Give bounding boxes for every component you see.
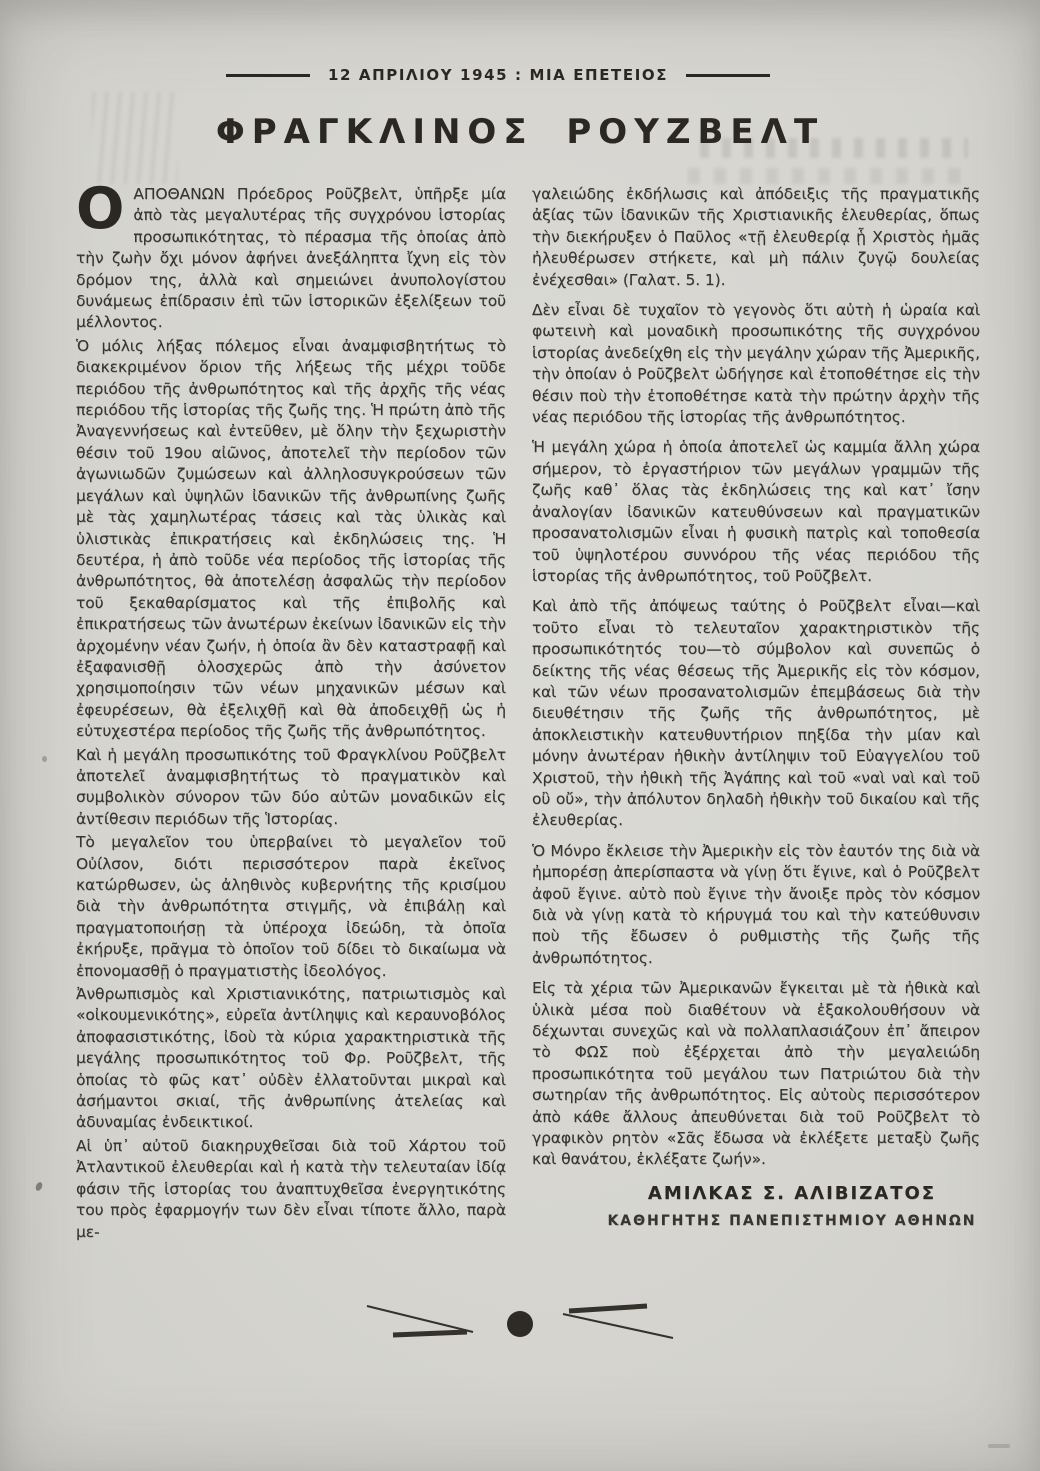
end-ornament xyxy=(0,1298,1040,1348)
dateline-rule-left xyxy=(226,74,310,77)
dateline-rule-right xyxy=(686,74,770,77)
dateline: 12 ΑΠΡΙΛΙΟΥ 1945 : ΜΙΑ ΕΠΕΤΕΙΟΣ xyxy=(226,66,770,84)
right-column-paragraphs: γαλειώδης ἐκδήλωσις καὶ ἀπόδειξις τῆς πρ… xyxy=(532,184,980,1171)
flourish-left-icon xyxy=(367,1306,473,1335)
signature-block: ΑΜΙΛΚΑΣ Σ. ΑΛΙΒΙΖΑΤΟΣ ΚΑΘΗΓΗΤΗΣ ΠΑΝΕΠΙΣΤ… xyxy=(532,1183,980,1233)
drop-cap: Ο xyxy=(76,184,133,231)
paragraph: Ὁ μόλις λήξας πόλεμος εἶναι ἀναμφισβητήτ… xyxy=(76,336,506,743)
paragraph: Ἀνθρωπισμὸς καὶ Χριστιανικότης, πατριωτι… xyxy=(76,984,506,1134)
scanned-newspaper-page: 12 ΑΠΡΙΛΙΟΥ 1945 : ΜΙΑ ΕΠΕΤΕΙΟΣ ΦΡΑΓΚΛΙΝ… xyxy=(0,0,1040,1471)
right-column: γαλειώδης ἐκδήλωσις καὶ ἀπόδειξις τῆς πρ… xyxy=(532,184,980,1245)
paragraph: Ὁ Μόνρο ἔκλεισε τὴν Ἀμερικὴν εἰς τὸν ἑαυ… xyxy=(532,841,980,969)
paragraph: Δὲν εἶναι δὲ τυχαῖον τὸ γεγονὸς ὅτι αὐτὴ… xyxy=(532,300,980,428)
paragraph: Εἰς τὰ χέρια τῶν Ἀμερικανῶν ἔγκειται μὲ … xyxy=(532,978,980,1171)
scan-speck xyxy=(34,1181,43,1192)
author-name: ΑΜΙΛΚΑΣ Σ. ΑΛΙΒΙΖΑΤΟΣ xyxy=(604,1183,980,1204)
paragraph: Αἱ ὑπ᾽ αὐτοῦ διακηρυχθεῖσαι διὰ τοῦ Χάρτ… xyxy=(76,1136,506,1243)
end-ornament-graphic xyxy=(355,1298,685,1348)
article-title: ΦΡΑΓΚΛΙΝΟΣ ΡΟΥΖΒΕΛΤ xyxy=(0,112,1040,152)
scan-speck xyxy=(988,1444,1010,1448)
scan-artifact xyxy=(688,168,974,184)
left-column: ΟΑΠΟΘΑΝΩΝ Πρόεδρος Ροῦζβελτ, ὑπῆρξε μία … xyxy=(76,184,506,1245)
scan-speck xyxy=(42,756,47,762)
paragraph: Ἡ μεγάλη χώρα ἡ ὁποία ἀποτελεῖ ὡς καμμία… xyxy=(532,437,980,587)
paragraph: Καὶ ἡ μεγάλη προσωπικότης τοῦ Φραγκλίνου… xyxy=(76,745,506,831)
paragraph: ΟΑΠΟΘΑΝΩΝ Πρόεδρος Ροῦζβελτ, ὑπῆρξε μία … xyxy=(76,184,506,334)
flourish-right-icon xyxy=(563,1306,673,1338)
paragraph: Τὸ μεγαλεῖον του ὑπερβαίνει τὸ μεγαλεῖον… xyxy=(76,832,506,982)
paragraph: γαλειώδης ἐκδήλωσις καὶ ἀπόδειξις τῆς πρ… xyxy=(532,184,980,291)
author-title: ΚΑΘΗΓΗΤΗΣ ΠΑΝΕΠΙΣΤΗΜΙΟΥ ΑΘΗΝΩΝ xyxy=(604,1211,980,1232)
end-dot-icon xyxy=(507,1311,533,1337)
paragraph: Καὶ ἀπὸ τῆς ἀπόψεως ταύτης ὁ Ροῦζβελτ εἶ… xyxy=(532,596,980,831)
dateline-text: 12 ΑΠΡΙΛΙΟΥ 1945 : ΜΙΑ ΕΠΕΤΕΙΟΣ xyxy=(328,66,668,84)
article-body: ΟΑΠΟΘΑΝΩΝ Πρόεδρος Ροῦζβελτ, ὑπῆρξε μία … xyxy=(76,184,980,1245)
